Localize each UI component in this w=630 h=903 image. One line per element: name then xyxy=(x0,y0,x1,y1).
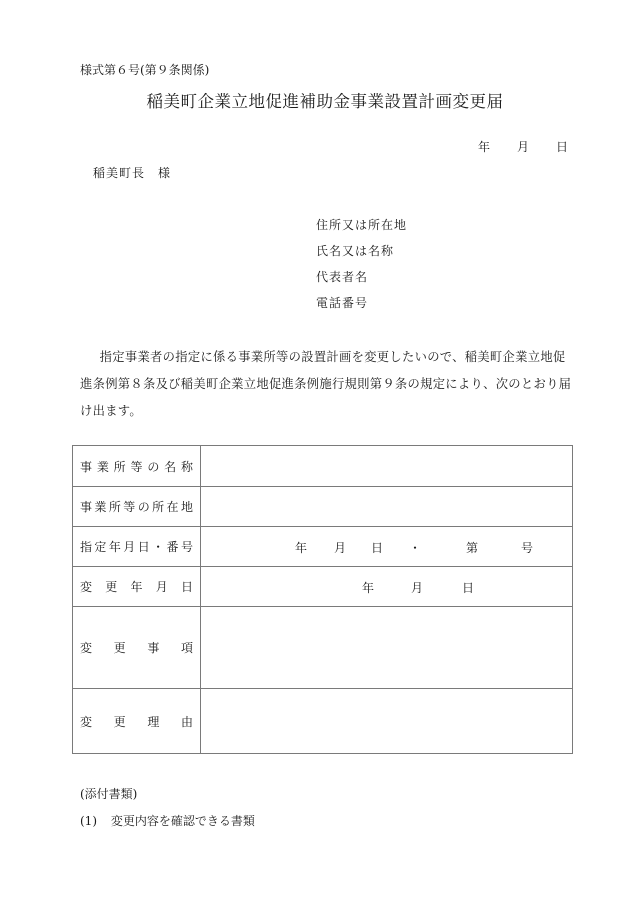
table-row: 変更理由 xyxy=(73,689,573,754)
applicant-address-label: 住所又は所在地 xyxy=(316,216,407,233)
label-change-items: 変更事項 xyxy=(73,607,201,689)
attachments-title: (添付書類) xyxy=(80,785,137,802)
form-table: 事業所等の名称 事業所等の所在地 指定年月日・番号 年 月 日 ・ 第 号 xyxy=(72,445,573,754)
attachment-item: (1) 変更内容を確認できる書類 xyxy=(80,812,255,829)
label-change-reason: 変更理由 xyxy=(73,689,201,754)
change-reason-field[interactable] xyxy=(201,689,573,754)
form-number: 様式第６号(第９条関係) xyxy=(80,61,209,78)
date-day: 日 xyxy=(556,138,568,155)
representative-label: 代表者名 xyxy=(316,268,368,285)
body-text: 指定事業者の指定に係る事業所等の設置計画を変更したいので、稲美町企業立地促進条例… xyxy=(80,344,575,425)
date-year: 年 xyxy=(478,138,490,155)
change-date-field[interactable]: 年 月 日 xyxy=(201,567,573,607)
table-row: 事業所等の所在地 xyxy=(73,487,573,527)
date-month: 月 xyxy=(517,138,529,155)
table-row: 変更事項 xyxy=(73,607,573,689)
facility-location-field[interactable] xyxy=(201,487,573,527)
document-title: 稲美町企業立地促進補助金事業設置計画変更届 xyxy=(0,88,630,112)
label-designation-date-number: 指定年月日・番号 xyxy=(73,527,201,567)
label-change-date: 変更年月日 xyxy=(73,567,201,607)
phone-label: 電話番号 xyxy=(316,294,368,311)
addressee: 稲美町長 様 xyxy=(93,164,171,181)
table-row: 変更年月日 年 月 日 xyxy=(73,567,573,607)
facility-name-field[interactable] xyxy=(201,446,573,487)
label-facility-location: 事業所等の所在地 xyxy=(73,487,201,527)
applicant-name-label: 氏名又は名称 xyxy=(316,242,394,259)
table-row: 指定年月日・番号 年 月 日 ・ 第 号 xyxy=(73,527,573,567)
change-items-field[interactable] xyxy=(201,607,573,689)
designation-date-number-field[interactable]: 年 月 日 ・ 第 号 xyxy=(201,527,573,567)
label-facility-name: 事業所等の名称 xyxy=(73,446,201,487)
table-row: 事業所等の名称 xyxy=(73,446,573,487)
